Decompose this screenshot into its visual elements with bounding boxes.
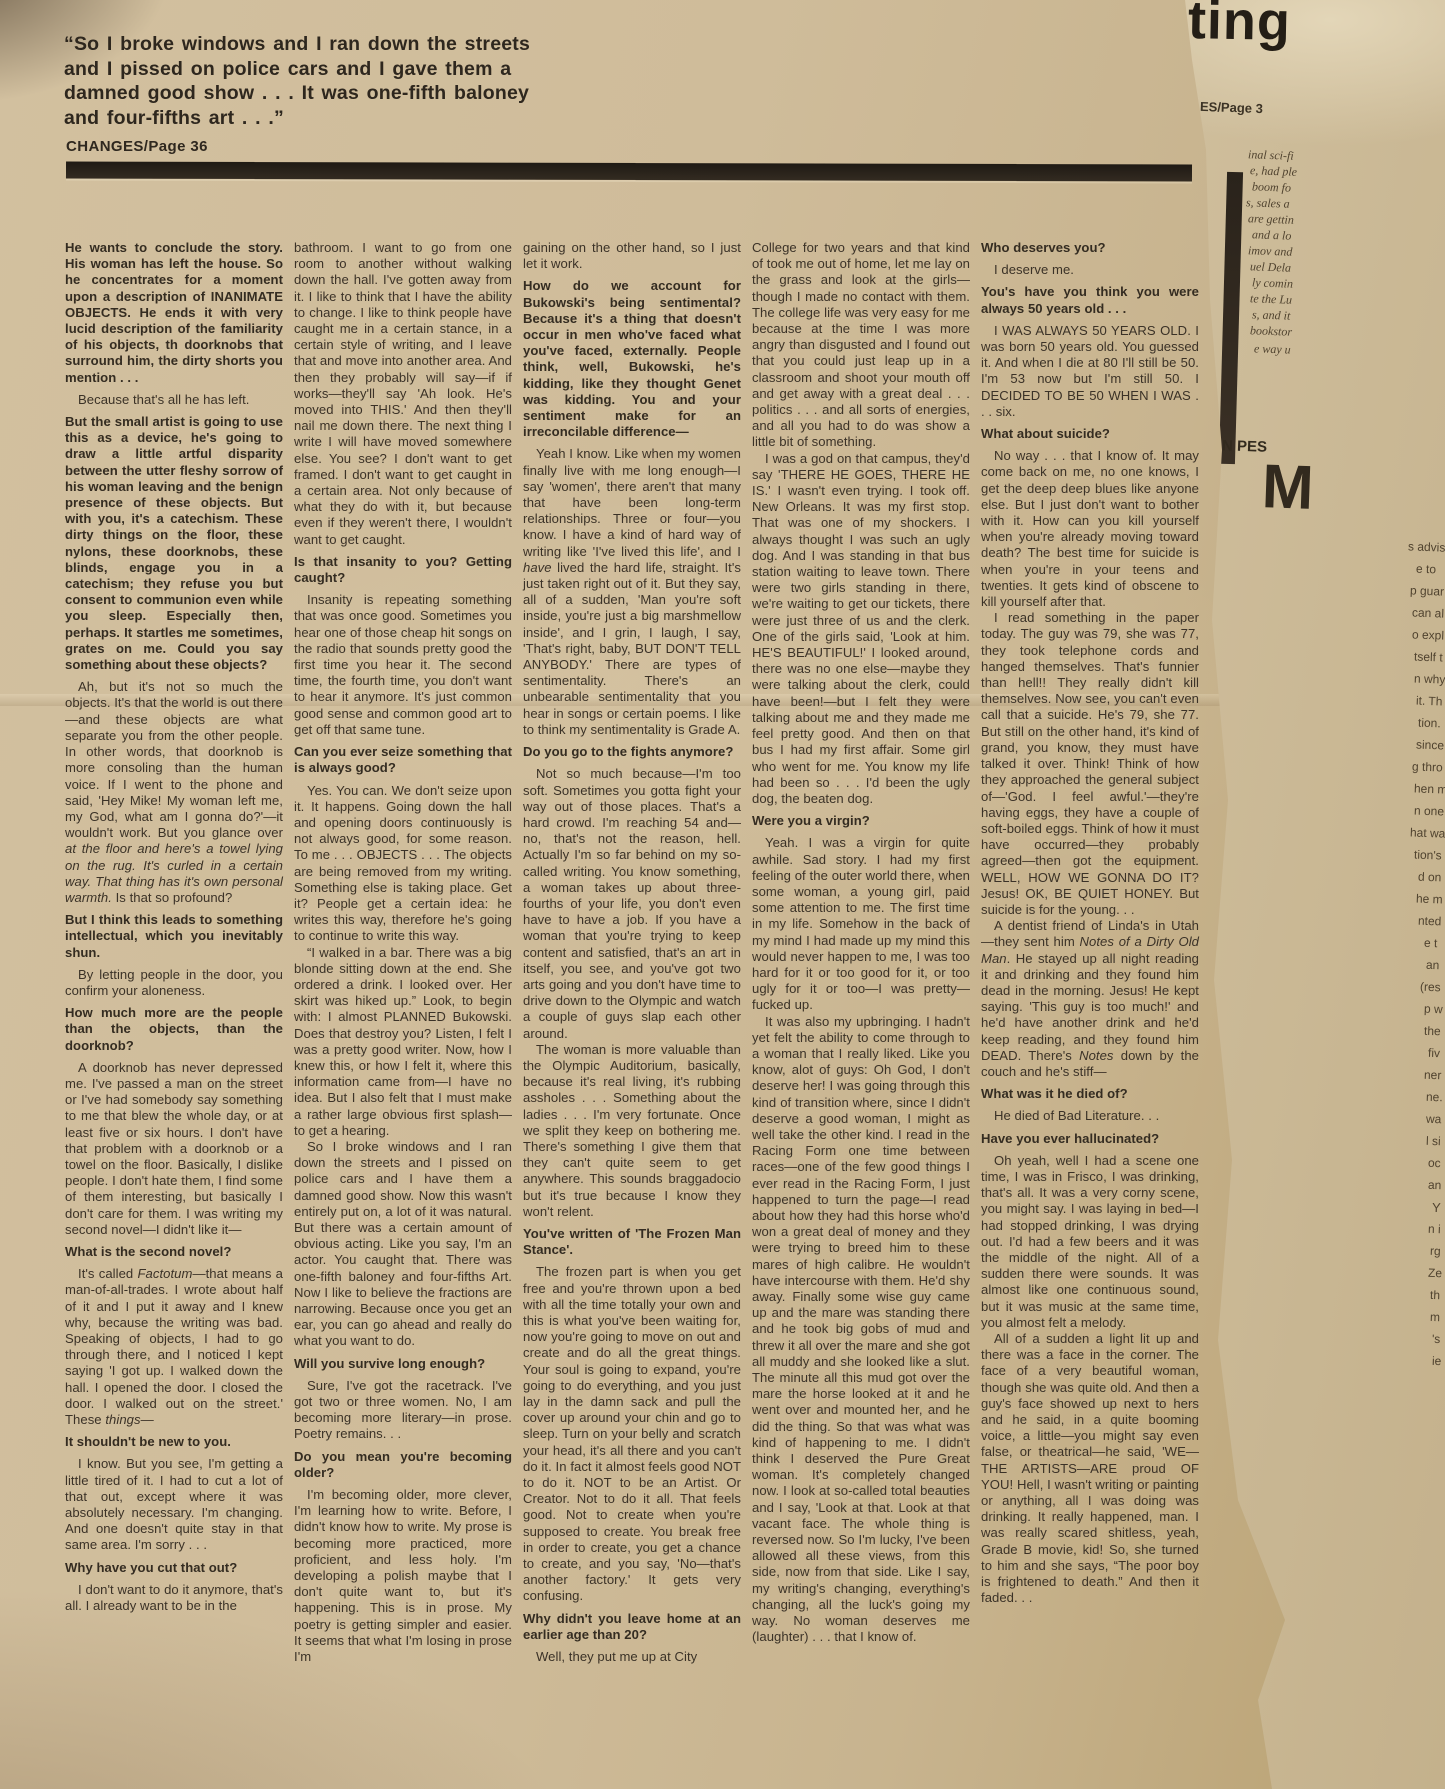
edge-fragment: an <box>1428 1178 1442 1192</box>
edge-fragment: s, and it <box>1252 307 1291 323</box>
edge-ink-bar <box>1219 172 1243 464</box>
edge-fragment: p w <box>1424 1002 1443 1017</box>
answer-paragraph: A doorknob has never depressed me. I've … <box>65 1060 283 1238</box>
answer-paragraph: A dentist friend of Linda's in Utah—they… <box>981 918 1199 1080</box>
edge-fragment: d on <box>1418 870 1442 885</box>
interviewer-question: You's have you think you were always 50 … <box>981 284 1199 316</box>
edge-fragment: nted <box>1418 914 1442 929</box>
answer-paragraph: gaining on the other hand, so I just let… <box>523 240 741 272</box>
answer-paragraph: Well, they put me up at City <box>523 1649 741 1665</box>
answer-paragraph: All of a sudden a light lit up and there… <box>981 1331 1199 1606</box>
interviewer-question: But I think this leads to something inte… <box>65 912 283 961</box>
edge-fragment: e t <box>1424 936 1438 950</box>
interviewer-question: Is that insanity to you? Getting caught? <box>294 554 512 586</box>
edge-fragment: ie <box>1432 1354 1442 1368</box>
edge-fragment: M <box>1261 451 1315 524</box>
edge-fragment: inal sci-fi <box>1248 147 1294 164</box>
interviewer-question: How do we account for Bukowski's being s… <box>523 278 741 440</box>
edge-fragment: wa <box>1426 1112 1442 1127</box>
edge-fragment: uel Dela <box>1250 259 1291 275</box>
text-column-5: Who deserves you?I deserve me.You's have… <box>981 240 1199 1606</box>
edge-fragment: hen m <box>1414 781 1445 796</box>
edge-fragment: l si <box>1426 1134 1441 1149</box>
answer-paragraph: bathroom. I want to go from one room to … <box>294 240 512 548</box>
interviewer-question: How much more are the people than the ob… <box>65 1005 283 1054</box>
answer-paragraph: Not so much because—I'm too soft. Someti… <box>523 766 741 1041</box>
edge-fragment: n i <box>1428 1222 1441 1236</box>
answer-paragraph: Because that's all he has left. <box>65 392 283 408</box>
interviewer-question: Why didn't you leave home at an earlier … <box>523 1611 741 1643</box>
edge-fragment: Ze <box>1428 1266 1442 1280</box>
answer-paragraph: “I walked in a bar. There was a big blon… <box>294 945 512 1139</box>
answer-paragraph: It's called Factotum—that means a man-of… <box>65 1266 283 1428</box>
edge-fragment: the <box>1424 1024 1441 1039</box>
answer-paragraph: The woman is more valuable than the Olym… <box>523 1042 741 1220</box>
answer-paragraph: I deserve me. <box>981 262 1199 278</box>
interviewer-question: Were you a virgin? <box>752 813 970 829</box>
interviewer-question: Can you ever seize something that is alw… <box>294 744 512 776</box>
answer-paragraph: Ah, but it's not so much the objects. It… <box>65 679 283 906</box>
text-column-1: He wants to conclude the story. His woma… <box>65 240 283 1614</box>
edge-fragment: oc <box>1428 1156 1441 1170</box>
edge-fragment: hat wa <box>1410 825 1445 840</box>
edge-fragment: bookstor <box>1250 323 1292 339</box>
interviewer-question: But the small artist is going to use thi… <box>65 414 283 673</box>
answer-paragraph: So I broke windows and I ran down the st… <box>294 1139 512 1350</box>
answer-paragraph: I was a god on that campus, they'd say '… <box>752 451 970 807</box>
article-columns: He wants to conclude the story. His woma… <box>65 240 1202 1665</box>
edge-fragment: can al <box>1412 605 1445 620</box>
answer-paragraph: Yeah. I was a virgin for quite awhile. S… <box>752 835 970 1013</box>
edge-fragment: te the Lu <box>1250 291 1292 307</box>
answer-paragraph: I read something in the paper today. The… <box>981 610 1199 918</box>
edge-fragment: e way u <box>1254 341 1291 357</box>
answer-paragraph: I'm becoming older, more clever, I'm lea… <box>294 1487 512 1665</box>
edge-fragment: tion's <box>1414 848 1442 863</box>
edge-fragment: boom fo <box>1252 179 1291 195</box>
page-label: CHANGES/Page 36 <box>66 138 208 155</box>
interviewer-question: It shouldn't be new to you. <box>65 1434 283 1450</box>
interviewer-question: He wants to conclude the story. His woma… <box>65 240 283 386</box>
edge-fragment: 's <box>1432 1332 1441 1346</box>
edge-fragment: fiv <box>1428 1046 1440 1060</box>
answer-paragraph: I WAS ALWAYS 50 YEARS OLD. I was born 50… <box>981 323 1199 420</box>
interviewer-question: Do you mean you're becoming older? <box>294 1449 512 1481</box>
edge-fragment: since <box>1416 738 1444 753</box>
main-sheet: “So I broke windows and I ran down the s… <box>0 0 1300 1789</box>
interviewer-question: Do you go to the fights anymore? <box>523 744 741 760</box>
edge-fragment: are gettin <box>1248 211 1294 228</box>
interviewer-question: Have you ever hallucinated? <box>981 1131 1199 1147</box>
edge-fragment: m <box>1430 1310 1440 1324</box>
interviewer-question: What is the second novel? <box>65 1244 283 1260</box>
edge-fragment: g thro <box>1412 759 1443 774</box>
edge-fragment: N PES <box>1222 437 1268 456</box>
edge-fragment: e, had ple <box>1250 163 1297 180</box>
edge-fragment: and a lo <box>1252 227 1292 243</box>
answer-paragraph: He died of Bad Literature. . . <box>981 1108 1199 1124</box>
answer-paragraph: By letting people in the door, you confi… <box>65 967 283 999</box>
answer-paragraph: I know. But you see, I'm getting a littl… <box>65 1456 283 1553</box>
interviewer-question: Who deserves you? <box>981 240 1199 256</box>
edge-fragment: (res <box>1420 980 1441 995</box>
edge-fragment: n one <box>1414 803 1445 818</box>
answer-paragraph: It was also my upbringing. I hadn't yet … <box>752 1014 970 1646</box>
interviewer-question: Why have you cut that out? <box>65 1560 283 1576</box>
newspaper-page: ting ES/Page 3 inal sci-fie, had pleboom… <box>0 0 1445 1789</box>
edge-fragment: th <box>1430 1288 1440 1302</box>
interviewer-question: Will you survive long enough? <box>294 1356 512 1372</box>
answer-paragraph: I don't want to do it anymore, that's al… <box>65 1582 283 1614</box>
answer-paragraph: No way . . . that I know of. It may come… <box>981 448 1199 610</box>
edge-fragment: rg <box>1430 1244 1441 1258</box>
interviewer-question: What was it he died of? <box>981 1086 1199 1102</box>
answer-paragraph: Oh yeah, well I had a scene one time, I … <box>981 1153 1199 1331</box>
edge-fragment: it. Th <box>1416 694 1443 709</box>
edge-fragment: s advis <box>1408 539 1445 554</box>
edge-headline-fragment: ting <box>1187 0 1291 53</box>
answer-paragraph: Sure, I've got the racetrack. I've got t… <box>294 1378 512 1443</box>
edge-fragment: an <box>1426 958 1440 972</box>
answer-paragraph: College for two years and that kind of t… <box>752 240 970 451</box>
edge-fragment: tself t <box>1414 650 1443 665</box>
edge-fragment: he m <box>1416 892 1443 907</box>
text-column-2: bathroom. I want to go from one room to … <box>294 240 512 1665</box>
edge-fragment: ner <box>1424 1068 1442 1083</box>
interviewer-question: You've written of 'The Frozen Man Stance… <box>523 1226 741 1258</box>
edge-fragment: Y <box>1432 1200 1441 1215</box>
answer-paragraph: The frozen part is when you get free and… <box>523 1264 741 1604</box>
edge-fragment: o expl <box>1412 627 1445 642</box>
answer-paragraph: Insanity is repeating something that was… <box>294 592 512 738</box>
interviewer-question: What about suicide? <box>981 426 1199 442</box>
divider-bar <box>66 162 1192 182</box>
answer-paragraph: Yes. You can. We don't seize upon it. It… <box>294 783 512 945</box>
edge-fragment: n why <box>1414 671 1445 686</box>
pull-quote: “So I broke windows and I ran down the s… <box>64 32 544 130</box>
edge-page-ref-fragment: ES/Page 3 <box>1200 99 1263 116</box>
edge-fragment: p guar <box>1410 583 1444 598</box>
text-column-4: College for two years and that kind of t… <box>752 240 970 1645</box>
edge-fragment: s, sales a <box>1246 195 1290 212</box>
answer-paragraph: Yeah I know. Like when my women finally … <box>523 446 741 738</box>
text-column-3: gaining on the other hand, so I just let… <box>523 240 741 1665</box>
edge-fragment: imov and <box>1248 243 1293 260</box>
edge-fragment: e to <box>1416 562 1436 577</box>
edge-fragment: ne. <box>1426 1090 1443 1105</box>
edge-fragment: tion. <box>1418 716 1441 731</box>
edge-fragment: ly comin <box>1252 275 1293 291</box>
